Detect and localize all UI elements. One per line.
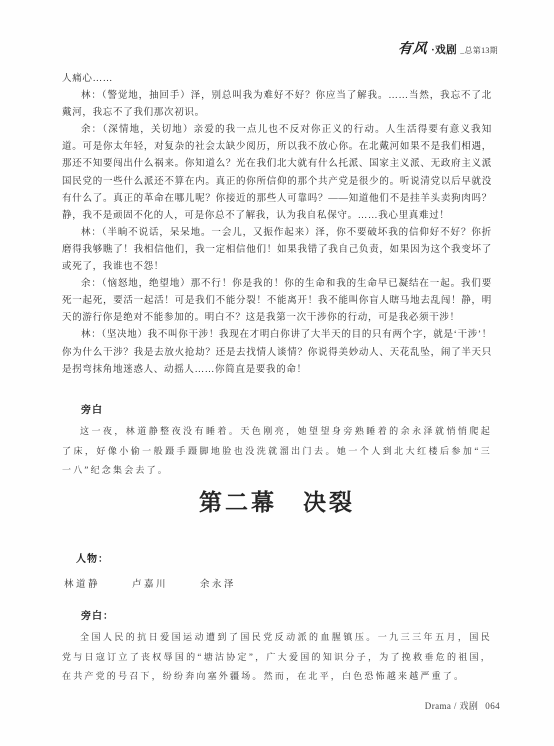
narration-text: 这一夜，林道静整夜没有睡着。天色刚亮，她望望身旁熟睡着的余永泽就悄悄爬起了床，好… — [62, 422, 492, 481]
dialogue-paragraph: 林：（坚决地）我不叫你干涉！我现在才明白你讲了大半天的目的只有两个字，就是‘干涉… — [62, 327, 492, 378]
dialogue-paragraph: 林：（警觉地，抽回手）泽，别总叫我为难好不好？你应当了解我。……当然，我忘不了北… — [62, 88, 492, 122]
act-title: 第二幕 决裂 — [0, 484, 554, 517]
cast-heading: 人物： — [62, 550, 492, 565]
cast-name: 林道静 — [64, 580, 100, 590]
cast-name: 卢嘉川 — [132, 580, 168, 590]
narration-text: 全国人民的抗日爱国运动遭到了国民党反动派的血腥镇压。一九三三年五月，国民党与日寇… — [62, 628, 492, 687]
footer-section-label: Drama / 戏剧 — [425, 701, 479, 711]
dialogue-paragraph: 余：（恼怒地，绝望地）那不行！你是我的！你的生命和我的生命早已凝结在一起。我们要… — [62, 276, 492, 327]
masthead: 有风 ·戏剧 _总第13期 — [398, 38, 498, 58]
cast-block: 人物： 林道静 卢嘉川 余永泽 — [62, 550, 492, 592]
narration-heading: 旁白： — [62, 607, 492, 622]
dialogue-paragraph: 余：（深情地，关切地）亲爱的我一点儿也不反对你正义的行动。人生活得要有意义我知道… — [62, 122, 492, 225]
page-number: 064 — [485, 701, 500, 711]
narration-block: 旁白： 全国人民的抗日爱国运动遭到了国民党反动派的血腥镇压。一九三三年五月，国民… — [62, 607, 492, 687]
page-footer: Drama / 戏剧064 — [425, 699, 500, 712]
dialogue-paragraph: 林：（半晌不说话，呆呆地。一会儿，又振作起来）泽，你不要破坏我的信仰好不好？你折… — [62, 225, 492, 276]
dialogue-body: 人痛心…… 林：（警觉地，抽回手）泽，别总叫我为难好不好？你应当了解我。……当然… — [62, 71, 492, 379]
magazine-logo: 有风 — [397, 38, 428, 58]
narration-heading: 旁白 — [62, 401, 492, 416]
continuation-paragraph: 人痛心…… — [62, 71, 492, 88]
cast-name: 余永泽 — [200, 580, 236, 590]
narration-block: 旁白 这一夜，林道静整夜没有睡着。天色刚亮，她望望身旁熟睡着的余永泽就悄悄爬起了… — [62, 401, 492, 481]
cast-names: 林道静 卢嘉川 余永泽 — [62, 574, 492, 592]
section-label: ·戏剧 — [431, 42, 457, 57]
magazine-page: 有风 ·戏剧 _总第13期 人痛心…… 林：（警觉地，抽回手）泽，别总叫我为难好… — [0, 0, 554, 746]
issue-label: _总第13期 — [460, 45, 498, 56]
